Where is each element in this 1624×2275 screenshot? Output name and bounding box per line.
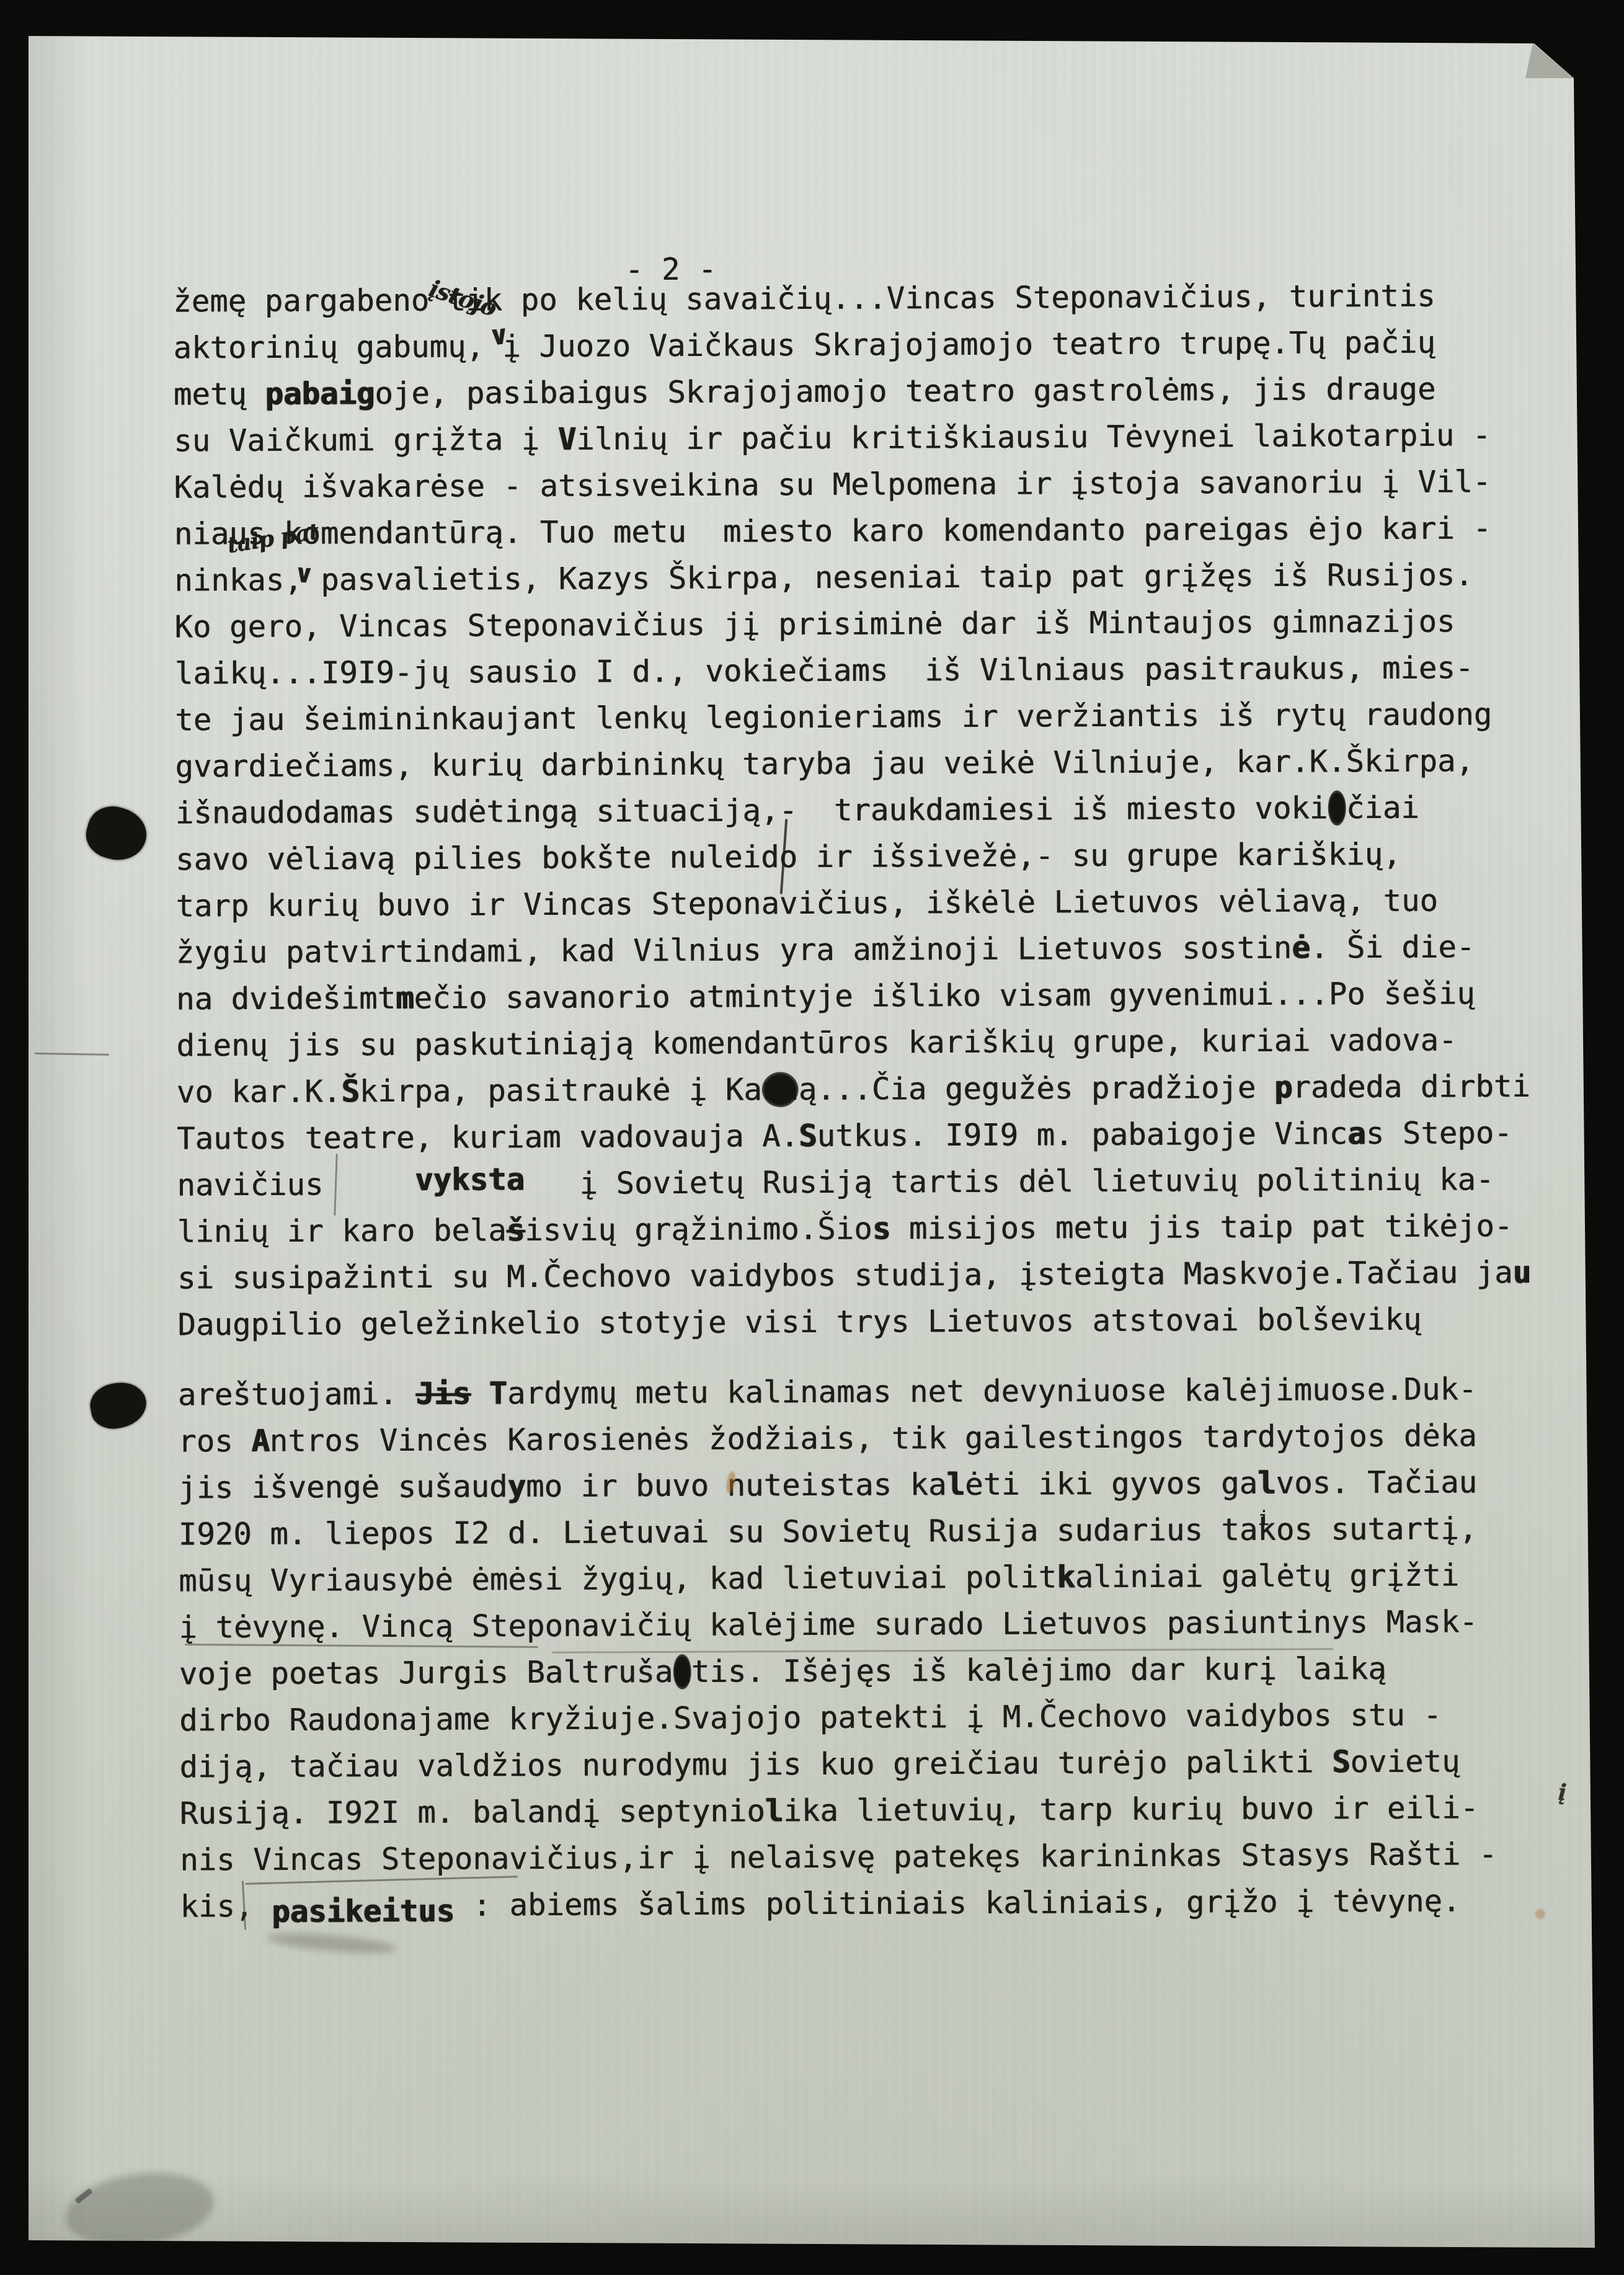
- correction-stroke-nuleido: [780, 819, 788, 894]
- handwritten-istojo: įstojo: [426, 277, 499, 321]
- stain-orange-2: [1535, 1909, 1545, 1919]
- handwritten-taip-pat: taip pat: [226, 520, 320, 557]
- pencil-stroke-after-navicius: [334, 1154, 337, 1216]
- photo-background: - 2 - žemę pargabeno tik po kelių savaič…: [0, 0, 1624, 2275]
- stain-orange-1: [725, 1471, 737, 1494]
- caret-mark-1: ∨: [487, 321, 510, 349]
- pencil-smudge-below-bracket: [266, 1930, 397, 1957]
- smudge-bottom-left: [61, 2164, 218, 2255]
- ink-blob-1: [81, 800, 152, 866]
- document-page: - 2 - žemę pargabeno tik po kelių savaič…: [0, 0, 1624, 2275]
- handwritten-margin-mark: į: [1557, 1781, 1566, 1804]
- pencil-bracket-left: [242, 1881, 246, 1930]
- annotations-layer: įstojo∨taip pat∨į: [0, 0, 1624, 2275]
- caret-mark-2: ∨: [293, 561, 314, 587]
- pencil-underline-2: [552, 1648, 1333, 1653]
- pencil-underline-1: [185, 1644, 538, 1648]
- pencil-dash-left-margin: [35, 1053, 109, 1056]
- pencil-bracket-top: [245, 1876, 518, 1885]
- ink-blob-2: [87, 1379, 149, 1433]
